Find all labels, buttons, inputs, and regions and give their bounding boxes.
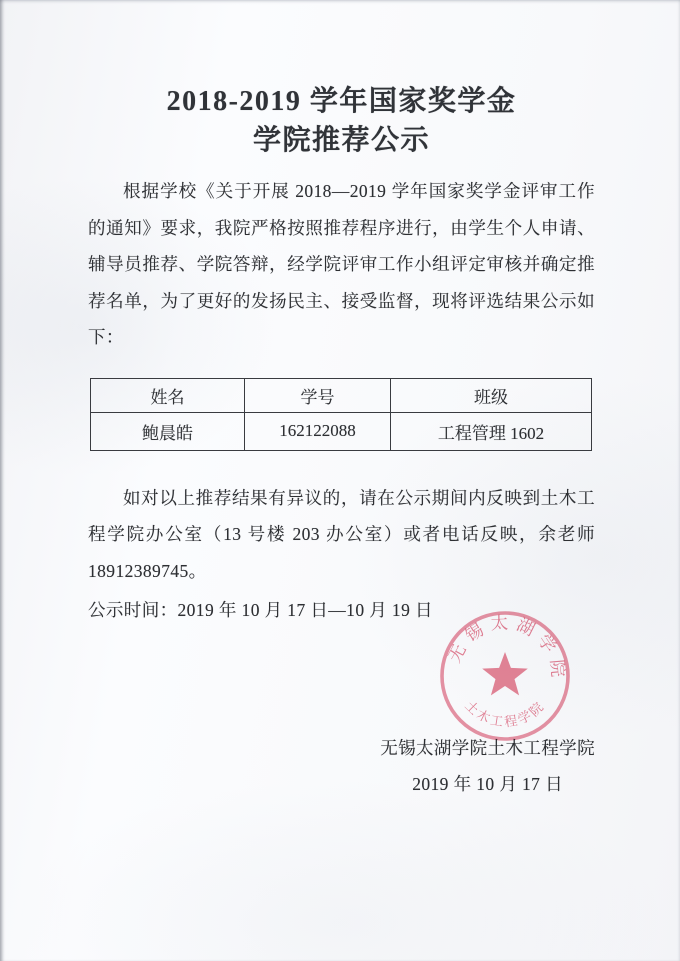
cell-student-id: 162122088 <box>245 412 391 450</box>
table-row: 鲍晨皓 162122088 工程管理 1602 <box>91 412 592 450</box>
title-line-2: 学院推荐公示 <box>88 121 595 160</box>
objection-paragraph: 如对以上推荐结果有异议的，请在公示期间内反映到土木工程学院办公室（13 号楼 2… <box>88 480 595 590</box>
cell-student-name: 鲍晨皓 <box>91 412 245 450</box>
signature-date: 2019 年 10 月 17 日 <box>380 766 595 802</box>
table-header-name: 姓名 <box>91 378 245 412</box>
document-body: 2018-2019 学年国家奖学金 学院推荐公示 根据学校《关于开展 2018—… <box>0 0 680 802</box>
title-line-1: 2018-2019 学年国家奖学金 <box>88 82 595 121</box>
table-header-row: 姓名 学号 班级 <box>91 378 592 412</box>
publicity-period: 公示时间：2019 年 10 月 17 日—10 月 19 日 <box>88 592 595 629</box>
table-header-student-id: 学号 <box>245 378 391 412</box>
cell-student-class: 工程管理 1602 <box>391 412 592 450</box>
signature-org: 无锡太湖学院土木工程学院 <box>380 730 595 766</box>
intro-paragraph: 根据学校《关于开展 2018—2019 学年国家奖学金评审工作的通知》要求，我院… <box>88 173 595 356</box>
scanned-document-page: 2018-2019 学年国家奖学金 学院推荐公示 根据学校《关于开展 2018—… <box>0 0 680 961</box>
page-title: 2018-2019 学年国家奖学金 学院推荐公示 <box>88 82 595 160</box>
signature-block: 无锡太湖学院土木工程学院 2019 年 10 月 17 日 <box>88 730 595 802</box>
recommendation-table: 姓名 学号 班级 鲍晨皓 162122088 工程管理 1602 <box>90 378 592 451</box>
table-header-class: 班级 <box>391 378 592 412</box>
